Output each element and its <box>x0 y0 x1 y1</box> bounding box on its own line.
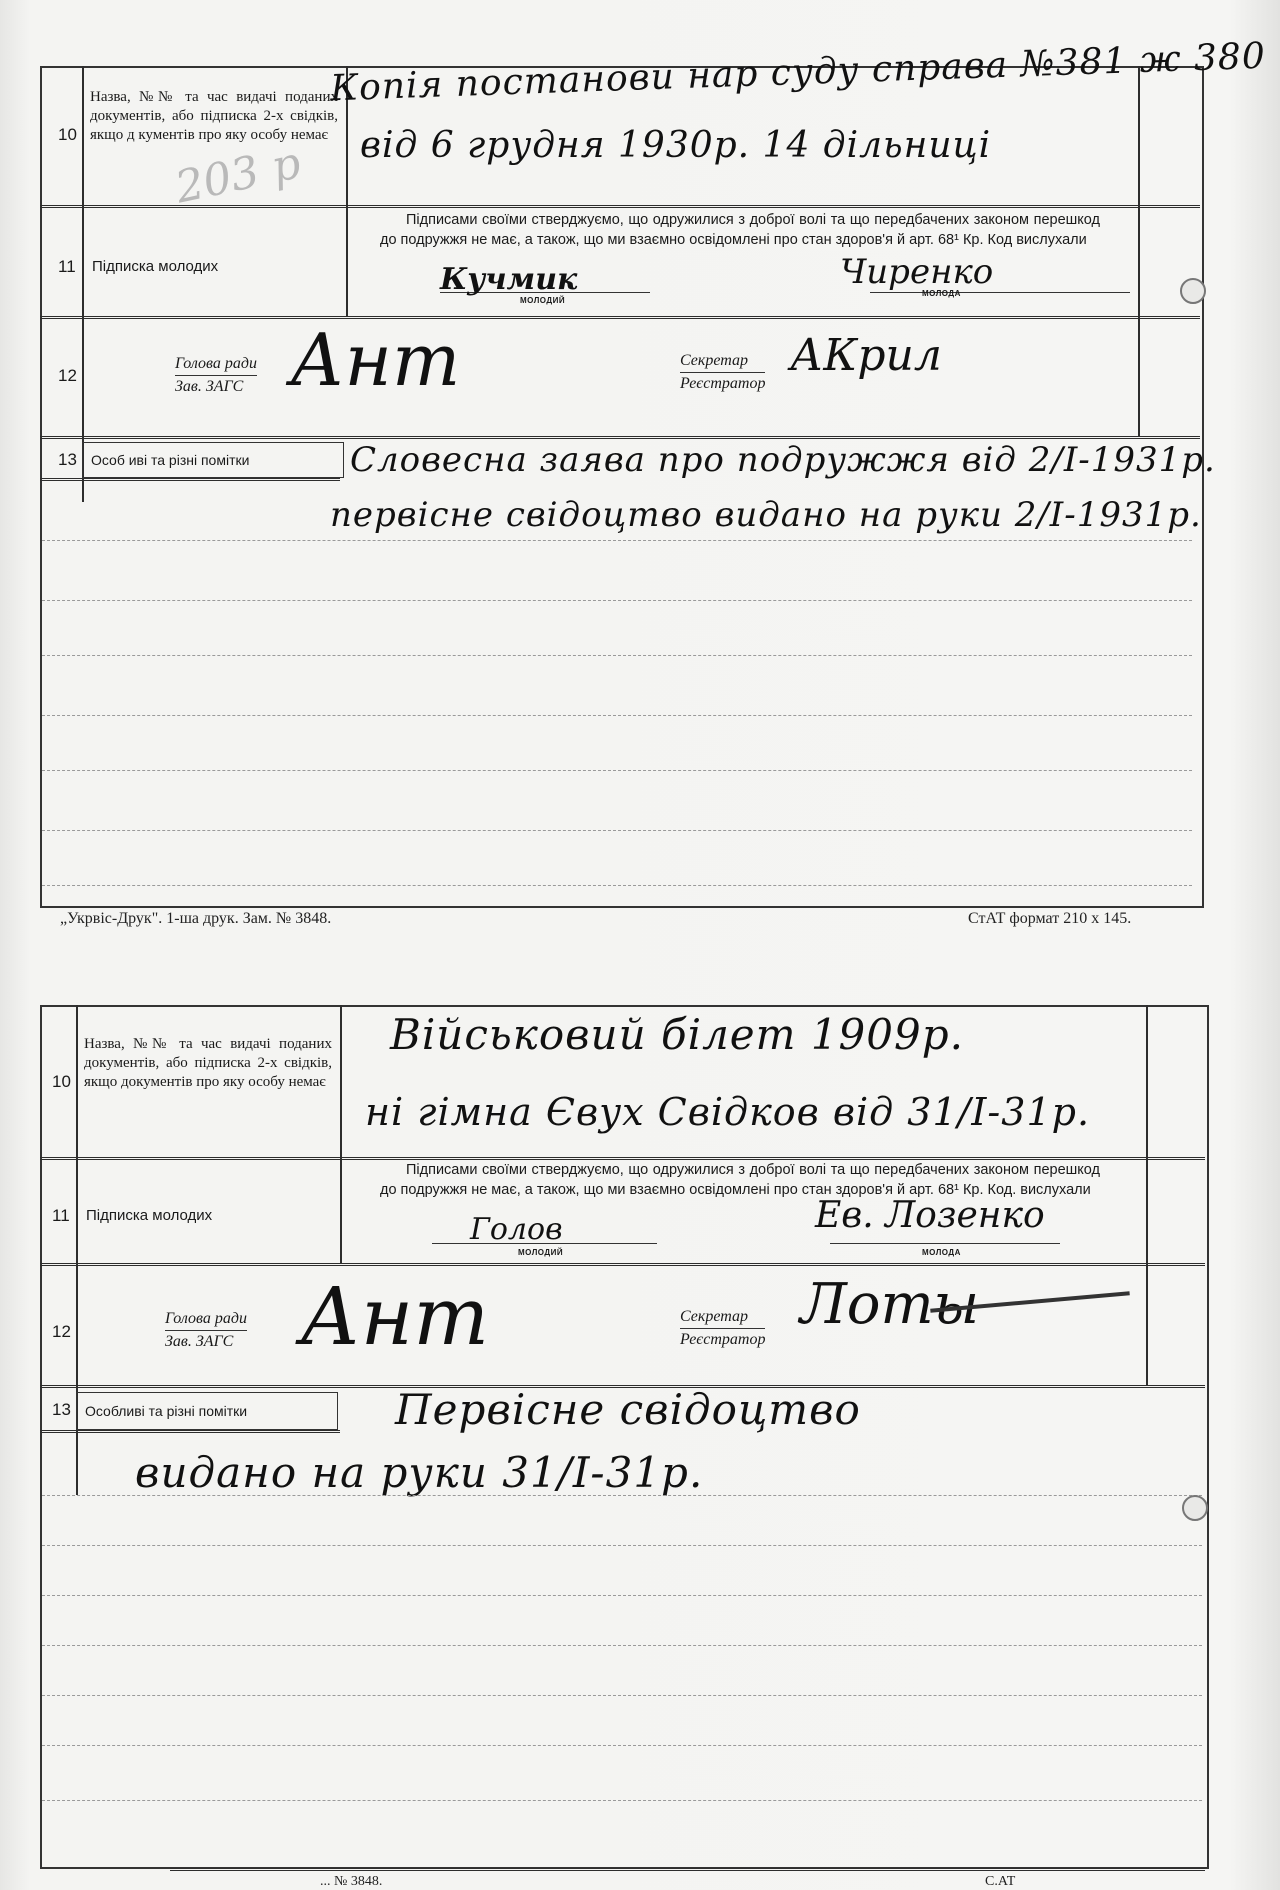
head-role: Голова ради Зав. ЗАГС <box>165 1308 247 1353</box>
row-13-handwriting: Словесна заява про подружжя від 2/I-1931… <box>350 440 1216 480</box>
row-11-label: Підписка молодих <box>86 1206 326 1225</box>
declaration-text: Підписами своїми стверджуємо, що одружил… <box>380 210 1100 250</box>
head-signature: Ант <box>300 1270 489 1363</box>
bride-signature: Ев. Лозенко <box>815 1195 1045 1236</box>
groom-signature: Кучмик <box>440 262 577 297</box>
secretary-role-line1: Секретар <box>680 350 765 373</box>
ruled-line <box>42 1495 1202 1496</box>
row-number: 13 <box>58 450 77 470</box>
secretary-signature: АКрил <box>790 330 942 381</box>
secretary-signature: Лоты <box>800 1272 979 1337</box>
form-border <box>40 1005 1209 1869</box>
secretary-role-line2: Реєстратор <box>680 373 765 395</box>
row-10-label: Назва, №№ та час видачі поданих документ… <box>84 1035 332 1092</box>
bride-signature-line <box>830 1243 1060 1244</box>
groom-caption: МОЛОДИЙ <box>518 1248 563 1257</box>
head-role: Голова ради Зав. ЗАГС <box>175 353 257 398</box>
form-bottom-border <box>170 1868 1205 1871</box>
row-number: 13 <box>52 1400 71 1420</box>
declaration-text: Підписами своїми стверджуємо, що одружил… <box>380 1160 1100 1200</box>
bride-caption: МОЛОДА <box>922 1248 961 1257</box>
binder-hole <box>1182 1495 1208 1521</box>
row-number: 10 <box>52 1072 71 1092</box>
head-role-line1: Голова ради <box>165 1308 247 1331</box>
right-margin-divider <box>1138 66 1140 436</box>
head-role-line2: Зав. ЗАГС <box>175 376 257 398</box>
row-number: 11 <box>58 257 76 277</box>
row-divider <box>40 316 1200 319</box>
ruled-line <box>42 655 1192 656</box>
secretary-role: Секретар Реєстратор <box>680 350 765 395</box>
label-column-divider <box>340 1005 342 1263</box>
secretary-role-line2: Реєстратор <box>680 1329 765 1351</box>
ruled-line <box>42 1645 1202 1646</box>
ruled-line <box>42 1800 1202 1801</box>
right-margin-divider <box>1146 1005 1148 1385</box>
ruled-line <box>42 600 1192 601</box>
row-number: 12 <box>52 1322 71 1342</box>
row-10-handwriting: Військовий білет 1909р. <box>390 1010 964 1059</box>
format-imprint: СтАТ формат 210 x 145. <box>968 910 1131 928</box>
row-13-label: Особливі та різні помітки <box>76 1392 338 1430</box>
row-divider <box>40 478 340 481</box>
row-number: 10 <box>58 125 77 145</box>
ruled-line <box>42 770 1192 771</box>
row-10-label: Назва, №№ та час видачі поданих документ… <box>90 88 338 145</box>
format-imprint: С.АТ <box>985 1874 1015 1890</box>
row-number: 12 <box>58 366 77 386</box>
ruled-line <box>42 1545 1202 1546</box>
head-role-line2: Зав. ЗАГС <box>165 1331 247 1353</box>
ruled-line <box>42 540 1192 541</box>
secretary-role: Секретар Реєстратор <box>680 1306 765 1351</box>
groom-signature: Голов <box>470 1212 563 1247</box>
row-number: 11 <box>52 1206 70 1226</box>
secretary-role-line1: Секретар <box>680 1306 765 1329</box>
bride-signature-line <box>870 292 1130 293</box>
bride-caption: МОЛОДА <box>922 289 961 298</box>
head-role-line1: Голова ради <box>175 353 257 376</box>
groom-caption: МОЛОДИЙ <box>520 296 565 305</box>
row-13-handwriting: Первісне свідоцтво <box>395 1385 861 1434</box>
printer-imprint: „Укрвіс-Друк". 1-ша друк. Зам. № 3848. <box>60 910 331 928</box>
row-10-handwriting: ні гімна Євух Свідков від 31/I-31р. <box>365 1090 1090 1134</box>
binder-hole <box>1180 278 1206 304</box>
row-divider <box>40 1430 340 1433</box>
bride-signature: Чиренко <box>840 252 993 292</box>
ruled-line <box>42 1695 1202 1696</box>
row-13-handwriting: видано на руки 31/I-31р. <box>135 1448 703 1497</box>
ruled-line <box>42 715 1192 716</box>
row-13-label: Особ иві та різні помітки <box>82 442 344 478</box>
ruled-line <box>42 1595 1202 1596</box>
ruled-line <box>42 885 1192 886</box>
row-11-label: Підписка молодих <box>92 257 332 276</box>
printer-imprint: ... № 3848. <box>320 1874 382 1890</box>
row-divider <box>40 436 1200 439</box>
ruled-line <box>42 830 1192 831</box>
ruled-line <box>42 1745 1202 1746</box>
row-13-handwriting: первісне свідоцтво видано на руки 2/I-19… <box>330 495 1202 535</box>
head-signature: Ант <box>290 318 460 402</box>
row-divider <box>40 1263 1205 1266</box>
row-10-handwriting: від 6 грудня 1930р. 14 дільниці <box>360 125 991 166</box>
